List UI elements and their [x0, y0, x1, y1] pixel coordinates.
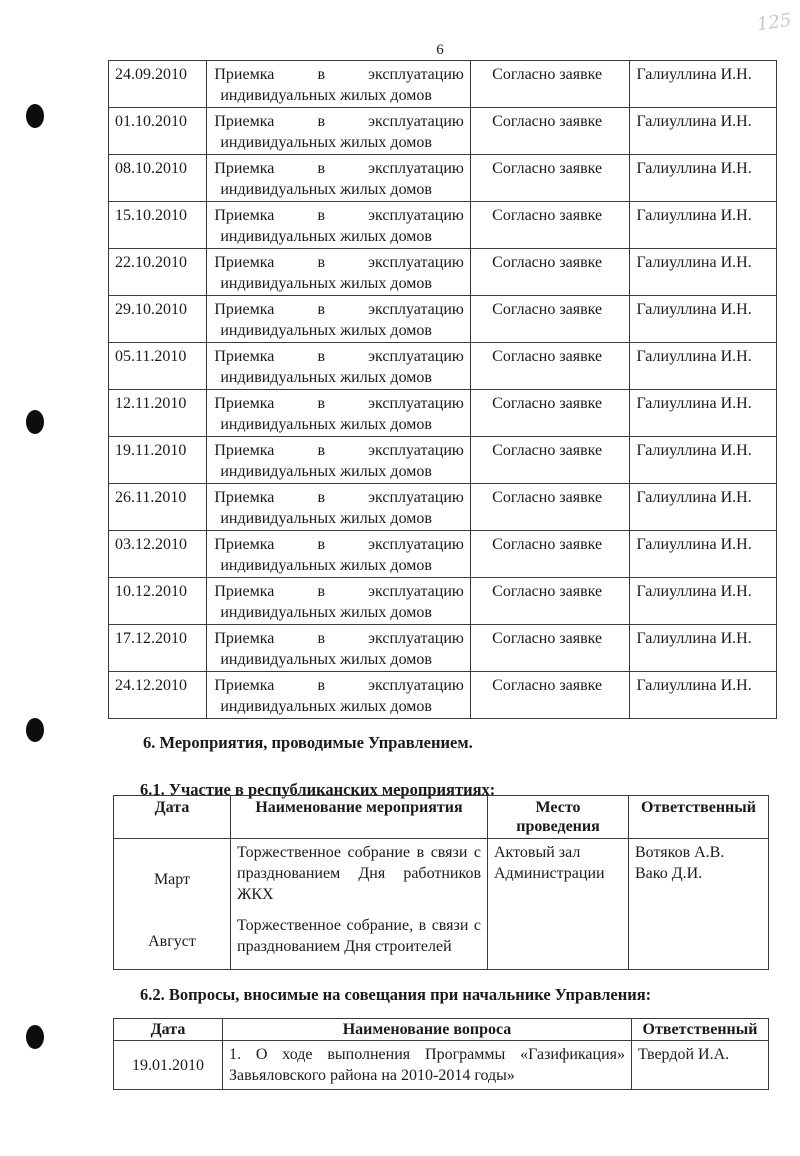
- responsible-cell: Галиуллина И.Н.: [630, 484, 777, 531]
- event-name: Торжественное собрание, в связи с праздн…: [237, 915, 481, 957]
- header-responsible: Ответственный: [629, 796, 769, 839]
- header-date: Дата: [114, 1019, 223, 1041]
- activity-word: Приемка: [214, 299, 274, 320]
- responsible-cell: Галиуллина И.Н.: [630, 578, 777, 625]
- responsible: Галиуллина И.Н.: [636, 630, 751, 647]
- activity-word: Приемка: [214, 158, 274, 179]
- activity-word: эксплуатацию: [368, 346, 464, 367]
- activity-word: эксплуатацию: [368, 205, 464, 226]
- activity-line: индивидуальных жилых домов: [214, 461, 464, 482]
- activity-line: индивидуальных жилых домов: [214, 273, 464, 294]
- basis: Согласно заявке: [492, 254, 602, 271]
- table-header-row: Дата Наименование вопроса Ответственный: [114, 1019, 769, 1041]
- activity-line: индивидуальных жилых домов: [214, 696, 464, 717]
- activity-word: эксплуатацию: [368, 581, 464, 602]
- responsible-cell: Галиуллина И.Н.: [630, 202, 777, 249]
- basis: Согласно заявке: [492, 442, 602, 459]
- activity-word: эксплуатацию: [368, 252, 464, 273]
- responsible: Галиуллина И.Н.: [636, 348, 751, 365]
- place-cell: Актовый зал Администрации: [488, 839, 629, 970]
- date-cell: 26.11.2010: [109, 484, 207, 531]
- table-row: 08.10.2010 Приемкавэксплуатацию индивиду…: [109, 155, 777, 202]
- activity-word: эксплуатацию: [368, 487, 464, 508]
- activity-word: эксплуатацию: [368, 393, 464, 414]
- activity-line: индивидуальных жилых домов: [214, 602, 464, 623]
- subsection-heading: 6.2. Вопросы, вносимые на совещания при …: [140, 985, 651, 1005]
- date: 05.11.2010: [115, 348, 186, 365]
- basis: Согласно заявке: [492, 630, 602, 647]
- basis: Согласно заявке: [492, 395, 602, 412]
- month: Март: [120, 842, 224, 916]
- section-heading: 6. Мероприятия, проводимые Управлением.: [143, 733, 473, 753]
- basis-cell: Согласно заявке: [470, 61, 630, 108]
- date: 24.12.2010: [115, 677, 187, 694]
- basis-cell: Согласно заявке: [470, 531, 630, 578]
- basis: Согласно заявке: [492, 66, 602, 83]
- responsible-cell: Галиуллина И.Н.: [630, 61, 777, 108]
- responsible-line: Вако Д.И.: [635, 863, 762, 884]
- responsible-cell: Галиуллина И.Н.: [630, 390, 777, 437]
- events-cell: Торжественное собрание в связи с праздно…: [231, 839, 488, 970]
- date-cell: 19.01.2010: [114, 1041, 223, 1090]
- handwritten-sheet-number: 125: [756, 10, 793, 36]
- date-cell: 19.11.2010: [109, 437, 207, 484]
- date-cell: 03.12.2010: [109, 531, 207, 578]
- date: 22.10.2010: [115, 254, 187, 271]
- binder-hole: [26, 718, 44, 742]
- activity-word: Приемка: [214, 487, 274, 508]
- table-row: 03.12.2010 Приемкавэксплуатацию индивиду…: [109, 531, 777, 578]
- activity-word: эксплуатацию: [368, 628, 464, 649]
- activity-cell: Приемкавэксплуатацию индивидуальных жилы…: [207, 202, 471, 249]
- activity-line: индивидуальных жилых домов: [214, 414, 464, 435]
- activity-word: эксплуатацию: [368, 158, 464, 179]
- header-date: Дата: [114, 796, 231, 839]
- table-row: 12.11.2010 Приемкавэксплуатацию индивиду…: [109, 390, 777, 437]
- responsible: Галиуллина И.Н.: [636, 160, 751, 177]
- activity-word: Приемка: [214, 111, 274, 132]
- responsible: Галиуллина И.Н.: [636, 66, 751, 83]
- activity-word: в: [317, 64, 325, 85]
- basis: Согласно заявке: [492, 160, 602, 177]
- binder-hole: [26, 1025, 44, 1049]
- basis-cell: Согласно заявке: [470, 249, 630, 296]
- date: 01.10.2010: [115, 113, 187, 130]
- responsible-cell: Вотяков А.В. Вако Д.И.: [629, 839, 769, 970]
- activity-word: Приемка: [214, 675, 274, 696]
- activity-word: Приемка: [214, 534, 274, 555]
- basis: Согласно заявке: [492, 113, 602, 130]
- basis: Согласно заявке: [492, 348, 602, 365]
- date: 10.12.2010: [115, 583, 187, 600]
- basis-cell: Согласно заявке: [470, 343, 630, 390]
- header-place: Место проведения: [488, 796, 629, 839]
- table-row: 22.10.2010 Приемкавэксплуатацию индивиду…: [109, 249, 777, 296]
- responsible: Галиуллина И.Н.: [636, 395, 751, 412]
- activity-word: в: [317, 252, 325, 273]
- header-question: Наименование вопроса: [223, 1019, 632, 1041]
- activity-cell: Приемкавэксплуатацию индивидуальных жилы…: [207, 249, 471, 296]
- basis-cell: Согласно заявке: [470, 437, 630, 484]
- activity-cell: Приемкавэксплуатацию индивидуальных жилы…: [207, 61, 471, 108]
- activity-word: в: [317, 534, 325, 555]
- responsible: Галиуллина И.Н.: [636, 677, 751, 694]
- activity-word: эксплуатацию: [368, 299, 464, 320]
- page-number: 6: [0, 42, 800, 59]
- header-responsible: Ответственный: [632, 1019, 769, 1041]
- date: 03.12.2010: [115, 536, 187, 553]
- months-cell: Март Август: [114, 839, 231, 970]
- table-header-row: Дата Наименование мероприятия Место пров…: [114, 796, 769, 839]
- activity-word: в: [317, 393, 325, 414]
- question-cell: 1. О ходе выполнения Программы «Газифика…: [223, 1041, 632, 1090]
- table-row: 19.01.2010 1. О ходе выполнения Программ…: [114, 1041, 769, 1090]
- activity-line: индивидуальных жилых домов: [214, 179, 464, 200]
- table-row: Март Август Торжественное собрание в свя…: [114, 839, 769, 970]
- date-cell: 15.10.2010: [109, 202, 207, 249]
- date-cell: 08.10.2010: [109, 155, 207, 202]
- date-cell: 05.11.2010: [109, 343, 207, 390]
- responsible-line: Вотяков А.В.: [635, 842, 762, 863]
- activity-line: индивидуальных жилых домов: [214, 367, 464, 388]
- responsible: Галиуллина И.Н.: [636, 489, 751, 506]
- activity-word: эксплуатацию: [368, 440, 464, 461]
- table-row: 24.09.2010 Приемкавэксплуатацию индивиду…: [109, 61, 777, 108]
- responsible: Галиуллина И.Н.: [636, 254, 751, 271]
- table-row: 26.11.2010 Приемкавэксплуатацию индивиду…: [109, 484, 777, 531]
- activity-word: эксплуатацию: [368, 534, 464, 555]
- date-cell: 01.10.2010: [109, 108, 207, 155]
- month: Август: [120, 916, 224, 966]
- table-row: 17.12.2010 Приемкавэксплуатацию индивиду…: [109, 625, 777, 672]
- activity-word: в: [317, 581, 325, 602]
- basis-cell: Согласно заявке: [470, 484, 630, 531]
- date: 19.11.2010: [115, 442, 186, 459]
- activity-word: в: [317, 158, 325, 179]
- activity-line: индивидуальных жилых домов: [214, 320, 464, 341]
- binder-hole: [26, 104, 44, 128]
- responsible: Галиуллина И.Н.: [636, 301, 751, 318]
- activity-word: эксплуатацию: [368, 675, 464, 696]
- table-row: 10.12.2010 Приемкавэксплуатацию индивиду…: [109, 578, 777, 625]
- activity-cell: Приемкавэксплуатацию индивидуальных жилы…: [207, 155, 471, 202]
- responsible-cell: Галиуллина И.Н.: [630, 625, 777, 672]
- responsible-cell: Галиуллина И.Н.: [630, 249, 777, 296]
- activity-word: в: [317, 346, 325, 367]
- activity-line: индивидуальных жилых домов: [214, 649, 464, 670]
- date-cell: 10.12.2010: [109, 578, 207, 625]
- responsible-cell: Твердой И.А.: [632, 1041, 769, 1090]
- responsible: Галиуллина И.Н.: [636, 442, 751, 459]
- table-row: 15.10.2010 Приемкавэксплуатацию индивиду…: [109, 202, 777, 249]
- binder-hole: [26, 410, 44, 434]
- activity-word: в: [317, 205, 325, 226]
- meeting-questions-table: Дата Наименование вопроса Ответственный …: [113, 1018, 769, 1090]
- responsible: Галиуллина И.Н.: [636, 113, 751, 130]
- activity-cell: Приемкавэксплуатацию индивидуальных жилы…: [207, 390, 471, 437]
- table-row: 01.10.2010 Приемкавэксплуатацию индивиду…: [109, 108, 777, 155]
- date-cell: 24.09.2010: [109, 61, 207, 108]
- date: 26.11.2010: [115, 489, 186, 506]
- date: 12.11.2010: [115, 395, 186, 412]
- table-row: 19.11.2010 Приемкавэксплуатацию индивиду…: [109, 437, 777, 484]
- responsible: Галиуллина И.Н.: [636, 207, 751, 224]
- activity-word: в: [317, 487, 325, 508]
- activity-cell: Приемкавэксплуатацию индивидуальных жилы…: [207, 296, 471, 343]
- responsible-cell: Галиуллина И.Н.: [630, 672, 777, 719]
- basis-cell: Согласно заявке: [470, 108, 630, 155]
- basis-cell: Согласно заявке: [470, 390, 630, 437]
- basis-cell: Согласно заявке: [470, 202, 630, 249]
- basis: Согласно заявке: [492, 677, 602, 694]
- basis-cell: Согласно заявке: [470, 155, 630, 202]
- basis-cell: Согласно заявке: [470, 296, 630, 343]
- event-name: Торжественное собрание в связи с праздно…: [237, 842, 481, 905]
- date-cell: 29.10.2010: [109, 296, 207, 343]
- date-cell: 17.12.2010: [109, 625, 207, 672]
- place-line: Актовый зал: [494, 842, 622, 863]
- place-line: Администрации: [494, 863, 622, 884]
- activity-line: индивидуальных жилых домов: [214, 226, 464, 247]
- responsible: Галиуллина И.Н.: [636, 536, 751, 553]
- date-cell: 12.11.2010: [109, 390, 207, 437]
- activity-cell: Приемкавэксплуатацию индивидуальных жилы…: [207, 437, 471, 484]
- basis: Согласно заявке: [492, 536, 602, 553]
- table-row: 29.10.2010 Приемкавэксплуатацию индивиду…: [109, 296, 777, 343]
- date-cell: 22.10.2010: [109, 249, 207, 296]
- date-cell: 24.12.2010: [109, 672, 207, 719]
- activity-word: Приемка: [214, 346, 274, 367]
- activity-word: в: [317, 111, 325, 132]
- activity-line: индивидуальных жилых домов: [214, 85, 464, 106]
- date: 17.12.2010: [115, 630, 187, 647]
- responsible: Галиуллина И.Н.: [636, 583, 751, 600]
- activity-word: Приемка: [214, 393, 274, 414]
- activity-word: Приемка: [214, 205, 274, 226]
- activity-cell: Приемкавэксплуатацию индивидуальных жилы…: [207, 578, 471, 625]
- date: 15.10.2010: [115, 207, 187, 224]
- responsible-cell: Галиуллина И.Н.: [630, 296, 777, 343]
- activity-word: Приемка: [214, 440, 274, 461]
- date: 29.10.2010: [115, 301, 187, 318]
- schedule-table: 24.09.2010 Приемкавэксплуатацию индивиду…: [108, 60, 777, 719]
- activity-line: индивидуальных жилых домов: [214, 508, 464, 529]
- activity-cell: Приемкавэксплуатацию индивидуальных жилы…: [207, 531, 471, 578]
- activity-cell: Приемкавэксплуатацию индивидуальных жилы…: [207, 343, 471, 390]
- basis: Согласно заявке: [492, 301, 602, 318]
- activity-cell: Приемкавэксплуатацию индивидуальных жилы…: [207, 484, 471, 531]
- basis-cell: Согласно заявке: [470, 578, 630, 625]
- date: 24.09.2010: [115, 66, 187, 83]
- activity-word: Приемка: [214, 64, 274, 85]
- basis: Согласно заявке: [492, 489, 602, 506]
- activity-cell: Приемкавэксплуатацию индивидуальных жилы…: [207, 672, 471, 719]
- activity-word: в: [317, 440, 325, 461]
- activity-line: индивидуальных жилых домов: [214, 132, 464, 153]
- activity-word: в: [317, 628, 325, 649]
- responsible-cell: Галиуллина И.Н.: [630, 343, 777, 390]
- activity-word: Приемка: [214, 252, 274, 273]
- basis: Согласно заявке: [492, 207, 602, 224]
- activity-cell: Приемкавэксплуатацию индивидуальных жилы…: [207, 108, 471, 155]
- basis: Согласно заявке: [492, 583, 602, 600]
- activity-word: Приемка: [214, 581, 274, 602]
- activity-word: в: [317, 675, 325, 696]
- activity-line: индивидуальных жилых домов: [214, 555, 464, 576]
- basis-cell: Согласно заявке: [470, 625, 630, 672]
- activity-word: в: [317, 299, 325, 320]
- table-row: 05.11.2010 Приемкавэксплуатацию индивиду…: [109, 343, 777, 390]
- header-name: Наименование мероприятия: [231, 796, 488, 839]
- basis-cell: Согласно заявке: [470, 672, 630, 719]
- responsible-cell: Галиуллина И.Н.: [630, 108, 777, 155]
- responsible-cell: Галиуллина И.Н.: [630, 155, 777, 202]
- activity-word: Приемка: [214, 628, 274, 649]
- table-row: 24.12.2010 Приемкавэксплуатацию индивиду…: [109, 672, 777, 719]
- activity-word: эксплуатацию: [368, 64, 464, 85]
- responsible-cell: Галиуллина И.Н.: [630, 531, 777, 578]
- date: 08.10.2010: [115, 160, 187, 177]
- activity-cell: Приемкавэксплуатацию индивидуальных жилы…: [207, 625, 471, 672]
- responsible-cell: Галиуллина И.Н.: [630, 437, 777, 484]
- events-table: Дата Наименование мероприятия Место пров…: [113, 795, 769, 970]
- activity-word: эксплуатацию: [368, 111, 464, 132]
